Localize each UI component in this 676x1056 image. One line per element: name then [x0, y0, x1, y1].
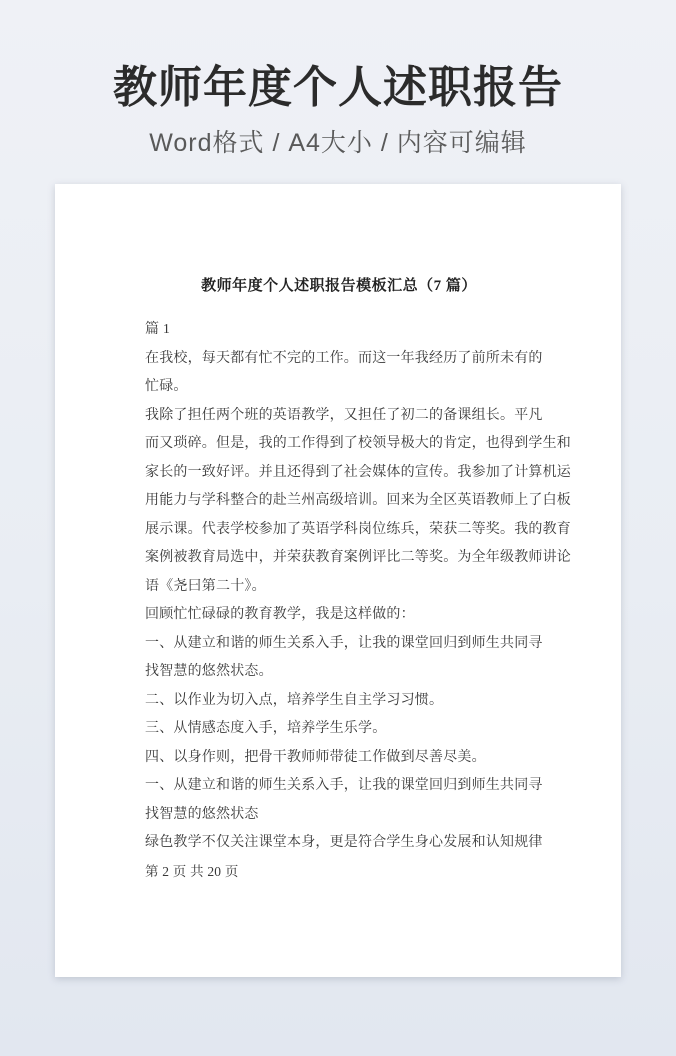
- text-line: 绿色教学不仅关注课堂本身，更是符合学生身心发展和认知规律: [145, 829, 533, 858]
- promo-title: 教师年度个人述职报告: [0, 60, 676, 115]
- promo-subtitle: Word格式 / A4大小 / 内容可编辑: [0, 123, 676, 159]
- page-number-footer: 第 2 页 共 20 页: [145, 858, 533, 887]
- promo-header: 教师年度个人述职报告 Word格式 / A4大小 / 内容可编辑: [0, 0, 676, 159]
- text-line: 找智慧的悠然状态。: [145, 658, 533, 687]
- document-title: 教师年度个人述职报告模板汇总（7 篇）: [145, 276, 533, 296]
- text-line: 我除了担任两个班的英语教学，又担任了初二的备课组长。平凡: [145, 402, 533, 431]
- text-line: 一、从建立和谐的师生关系入手，让我的课堂回归到师生共同寻: [145, 772, 533, 801]
- text-line: 在我校，每天都有忙不完的工作。而这一年我经历了前所未有的: [145, 345, 533, 374]
- page-background: 教师年度个人述职报告 Word格式 / A4大小 / 内容可编辑 教师年度个人述…: [0, 0, 676, 1056]
- text-line: 用能力与学科整合的赴兰州高级培训。回来为全区英语教师上了白板: [145, 487, 533, 516]
- text-line: 家长的一致好评。并且还得到了社会媒体的宣传。我参加了计算机运: [145, 459, 533, 488]
- text-line: 语《尧曰第二十》。: [145, 573, 533, 602]
- text-line: 而又琐碎。但是，我的工作得到了校领导极大的肯定，也得到学生和: [145, 430, 533, 459]
- text-line: 四、以身作则，把骨干教师师带徒工作做到尽善尽美。: [145, 744, 533, 773]
- text-line: 三、从情感态度入手，培养学生乐学。: [145, 715, 533, 744]
- section-label: 篇 1: [145, 316, 533, 345]
- text-line: 找智慧的悠然状态: [145, 801, 533, 830]
- text-line: 回顾忙忙碌碌的教育教学，我是这样做的：: [145, 601, 533, 630]
- text-line: 忙碌。: [145, 373, 533, 402]
- text-line: 一、从建立和谐的师生关系入手，让我的课堂回归到师生共同寻: [145, 630, 533, 659]
- text-line: 二、以作业为切入点，培养学生自主学习习惯。: [145, 687, 533, 716]
- document-page: 教师年度个人述职报告模板汇总（7 篇） 篇 1 在我校，每天都有忙不完的工作。而…: [55, 184, 621, 977]
- text-line: 案例被教育局选中，并荣获教育案例评比二等奖。为全年级教师讲论: [145, 544, 533, 573]
- text-line: 展示课。代表学校参加了英语学科岗位练兵，荣获二等奖。我的教育: [145, 516, 533, 545]
